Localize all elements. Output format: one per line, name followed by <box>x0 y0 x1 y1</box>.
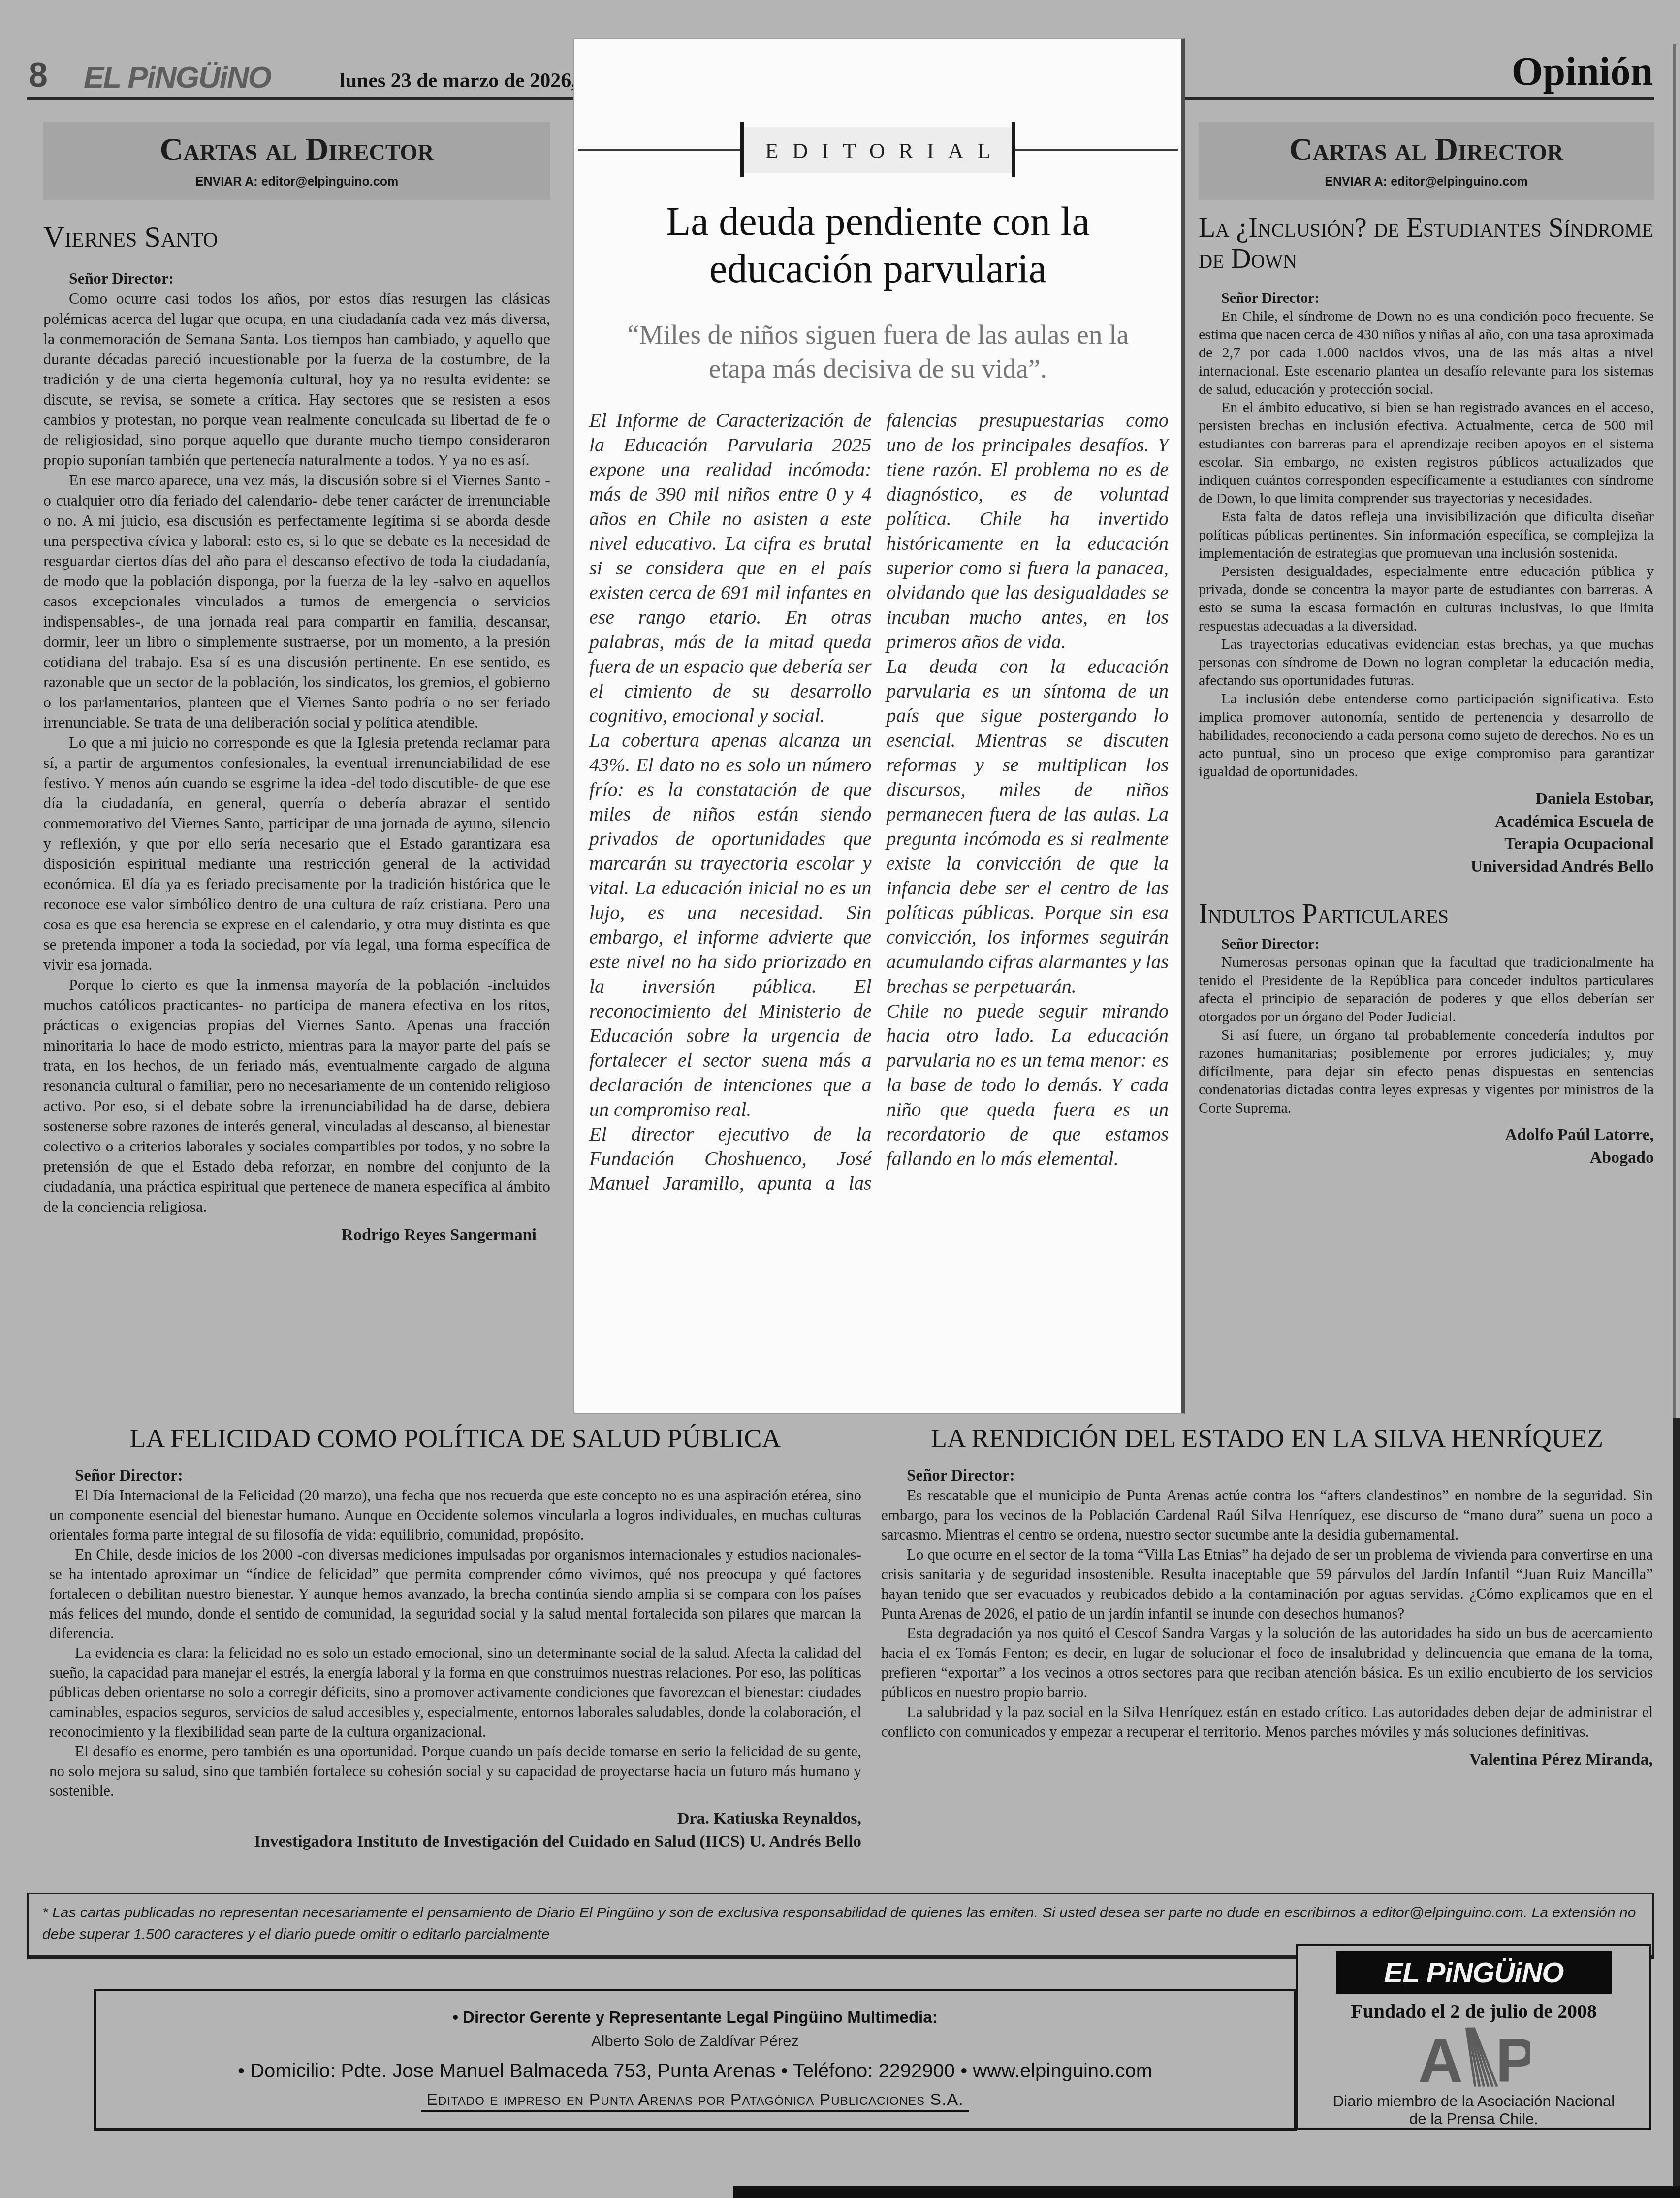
editorial-paragraph: La deuda con la educación parvularia es … <box>887 654 1169 999</box>
footer-director-name: Alberto Solo de Zaldívar Pérez <box>591 2033 799 2050</box>
brand-logo-text: EL PiNGÜiNO <box>1384 1956 1564 1989</box>
anp-logo: A P <box>1417 2023 1530 2091</box>
cartas-header-email: ENVIAR A: editor@elpinguino.com <box>1325 175 1527 189</box>
letter-salutation: Señor Director: <box>49 1466 861 1486</box>
letter-headline: Viernes Santo <box>43 221 550 254</box>
editorial-label: EDITORIAL <box>744 127 1013 173</box>
letter-rendicion-silva-henriquez: LA RENDICIÓN DEL ESTADO EN LA SILVA HENR… <box>881 1424 1653 1771</box>
editorial-paragraph: Chile no puede seguir mirando hacia otro… <box>887 999 1169 1171</box>
footer-info-box: • Director Gerente y Representante Legal… <box>94 1989 1297 2131</box>
letter-headline: LA RENDICIÓN DEL ESTADO EN LA SILVA HENR… <box>881 1424 1653 1453</box>
anp-caption: Diario miembro de la Asociación Nacional… <box>1326 2093 1621 2128</box>
newspaper-opinion-page: 8 EL PiNGÜiNO lunes 23 de marzo de 2026,… <box>0 0 1680 2198</box>
editorial-title: La deuda pendiente con la educación parv… <box>657 198 1100 292</box>
page-number: 8 <box>29 55 48 95</box>
letter-salutation: Señor Director: <box>1199 935 1654 953</box>
letter-paragraph: Esta degradación ya nos quitó el Cescof … <box>881 1624 1653 1702</box>
letter-signature: Daniela Estobar, Académica Escuela de Te… <box>1199 788 1654 878</box>
disclaimer-text: * Las cartas publicadas no representan n… <box>42 1902 1639 1945</box>
editorial-bar-right <box>1012 122 1015 177</box>
letter-paragraph: En Chile, desde inicios de los 2000 -con… <box>49 1545 861 1643</box>
cartas-al-director-header-left: Cartas al Director ENVIAR A: editor@elpi… <box>43 122 550 200</box>
letter-signature: Dra. Katiuska Reynaldos, Investigadora I… <box>49 1808 861 1853</box>
cartas-al-director-header-right: Cartas al Director ENVIAR A: editor@elpi… <box>1199 122 1654 200</box>
letter-salutation: Señor Director: <box>881 1466 1653 1486</box>
letter-paragraph: La evidencia es clara: la felicidad no e… <box>49 1643 861 1742</box>
section-title: Opinión <box>1512 48 1653 95</box>
editorial-paragraph: El Informe de Caracterización de la Educ… <box>589 408 872 728</box>
editorial-rule-left <box>578 149 740 151</box>
founded-date: Fundado el 2 de julio de 2008 <box>1351 2000 1597 2023</box>
footer-director-label: • Director Gerente y Representante Legal… <box>452 2008 937 2027</box>
letter-headline: La ¿Inclusión? de Estudiantes Síndrome d… <box>1199 213 1654 274</box>
letter-paragraph: La inclusión debe entenderse como partic… <box>1199 690 1654 781</box>
editorial-body: El Informe de Caracterización de la Educ… <box>589 408 1169 1196</box>
letter-signature: Adolfo Paúl Latorre, Abogado <box>1199 1124 1654 1169</box>
letter-signature: Valentina Pérez Miranda, <box>881 1749 1653 1771</box>
footer-brand-panel: EL PiNGÜiNO Fundado el 2 de julio de 200… <box>1296 1944 1651 2130</box>
cartas-header-email: ENVIAR A: editor@elpinguino.com <box>195 175 398 189</box>
letter-salutation: Señor Director: <box>1199 289 1654 307</box>
editorial-paragraph: La cobertura apenas alcanza un 43%. El d… <box>589 728 872 1122</box>
letter-signature: Rodrigo Reyes Sangermani <box>43 1224 550 1246</box>
letter-viernes-santo: Viernes Santo Señor Director: Como ocurr… <box>43 221 550 1246</box>
brand-logo-box: EL PiNGÜiNO <box>1336 1951 1612 1994</box>
letter-paragraph: En ese marco aparece, una vez más, la di… <box>43 470 550 733</box>
letter-paragraph: En el ámbito educativo, si bien se han r… <box>1199 398 1654 508</box>
letter-paragraph: Lo que a mi juicio no corresponde es que… <box>43 733 550 975</box>
letter-felicidad-salud-publica: LA FELICIDAD COMO POLÍTICA DE SALUD PÚBL… <box>49 1424 861 1853</box>
svg-text:P: P <box>1495 2026 1530 2091</box>
letter-inclusion-sindrome-down: La ¿Inclusión? de Estudiantes Síndrome d… <box>1199 213 1654 878</box>
letter-paragraph: La salubridad y la paz social en la Silv… <box>881 1702 1653 1742</box>
letter-headline: Indultos Particulares <box>1199 899 1654 930</box>
letter-paragraph: Como ocurre casi todos los años, por est… <box>43 288 550 470</box>
letter-headline: LA FELICIDAD COMO POLÍTICA DE SALUD PÚBL… <box>49 1424 861 1453</box>
letter-paragraph: En Chile, el síndrome de Down no es una … <box>1199 307 1654 398</box>
footer-address-line: • Domicilio: Pdte. Jose Manuel Balmaceda… <box>238 2060 1152 2082</box>
letter-paragraph: Esta falta de datos refleja una invisibi… <box>1199 508 1654 562</box>
letter-paragraph: El Día Internacional de la Felicidad (20… <box>49 1486 861 1545</box>
letter-paragraph: El desafío es enorme, pero también es un… <box>49 1742 861 1801</box>
cartas-header-title: Cartas al Director <box>160 133 434 166</box>
editorial-label-row: EDITORIAL <box>574 122 1181 177</box>
scan-edge-right-dark <box>1673 1418 1680 2198</box>
letter-paragraph: Porque lo cierto es que la inmensa mayor… <box>43 975 550 1217</box>
editorial-pull-quote: “Miles de niños siguen fuera de las aula… <box>600 318 1156 386</box>
letter-paragraph: Las trayectorias educativas evidencian e… <box>1199 635 1654 690</box>
scan-edge-bottom <box>733 2186 1680 2198</box>
letter-salutation: Señor Director: <box>43 268 550 288</box>
letter-paragraph: Lo que ocurre en el sector de la toma “V… <box>881 1545 1653 1624</box>
svg-text:A: A <box>1418 2026 1463 2091</box>
letter-paragraph: Numerosas personas opinan que la faculta… <box>1199 953 1654 1026</box>
letter-paragraph: Persisten desigualdades, especialmente e… <box>1199 562 1654 635</box>
letter-paragraph: Si así fuere, un órgano tal probablement… <box>1199 1026 1654 1117</box>
letter-paragraph: Es rescatable que el municipio de Punta … <box>881 1486 1653 1545</box>
editorial-column: EDITORIAL La deuda pendiente con la educ… <box>573 38 1185 1414</box>
cartas-header-title: Cartas al Director <box>1289 133 1563 166</box>
right-letters-column: La ¿Inclusión? de Estudiantes Síndrome d… <box>1199 213 1654 1169</box>
editorial-rule-right <box>1015 149 1178 151</box>
editorial-bar-left <box>740 122 744 177</box>
newspaper-logo: EL PiNGÜiNO <box>84 60 271 95</box>
letter-indultos-particulares: Indultos Particulares Señor Director: Nu… <box>1199 899 1654 1169</box>
footer-printed-line: Editado e impreso en Punta Arenas por Pa… <box>421 2090 968 2112</box>
